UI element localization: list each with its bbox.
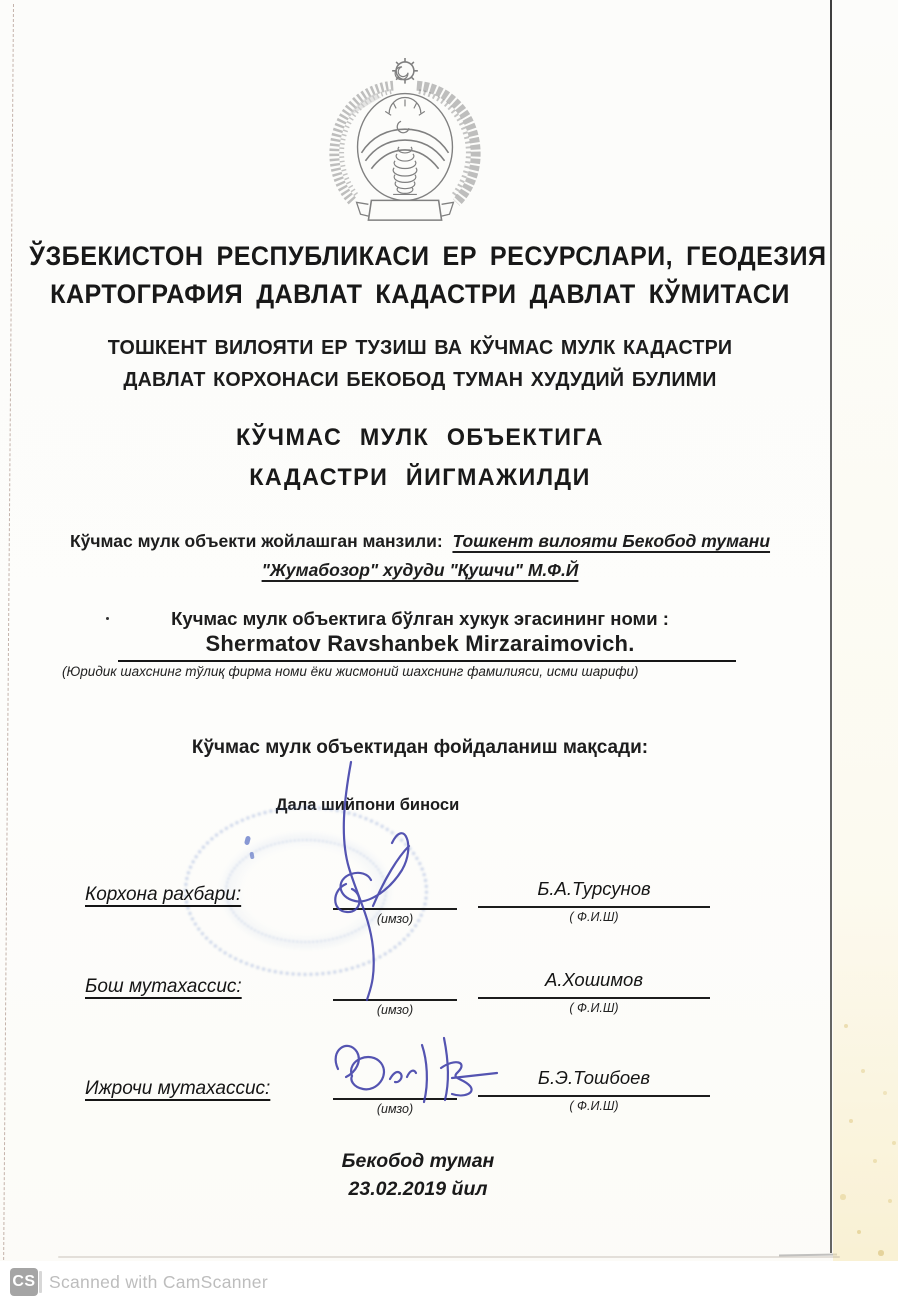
owner-label: Кучмас мулк объектига бўлган хукук эгаси… — [0, 608, 840, 630]
signature-caption: (имзо) — [333, 1003, 457, 1017]
scan-edge-tint — [833, 0, 898, 1303]
address-value-line2: "Жумабозор" худуди "Қушчи" М.Ф.Й — [262, 560, 579, 580]
signature-line — [333, 975, 457, 1001]
signature-caption: (имзо) — [333, 912, 457, 926]
signature-role-chief-specialist: Бош мутахассис: — [85, 976, 242, 998]
footer-date: 23.02.2019 йил — [0, 1178, 836, 1201]
purpose-label: Кўчмас мулк объектидан фойдаланиш мақсад… — [0, 737, 840, 759]
scan-streak — [58, 1256, 840, 1258]
signature-line — [333, 884, 457, 910]
department-line2: ДАВЛАТ КОРХОНАСИ БЕКОБОД ТУМАН ХУДУДИЙ Б… — [17, 368, 823, 392]
owner-name: Shermatov Ravshanbek Mirzaraimovich. — [0, 631, 840, 657]
org-name-line2: КАРТОГРАФИЯ ДАВЛАТ КАДАСТРИ ДАВЛАТ КЎМИТ… — [29, 279, 810, 310]
scanned-document-page: ЎЗБЕКИСТОН РЕСПУБЛИКАСИ ЕР РЕСУРСЛАРИ, Г… — [0, 0, 898, 1303]
purpose-value: Дала шийпони биноси — [0, 796, 735, 815]
emblem-lines — [334, 58, 475, 220]
camscanner-text: Scanned with CamScanner — [49, 1272, 268, 1293]
uzbekistan-state-emblem-icon — [316, 54, 494, 232]
address-value-line2-row: "Жумабозор" худуди "Қушчи" М.Ф.Й — [0, 560, 840, 581]
signature-line — [333, 1074, 457, 1100]
doc-title-line2: КАДАСТРИ ЙИГМАЖИЛДИ — [13, 464, 828, 492]
owner-name-underline — [118, 660, 736, 662]
signature-name-caption: ( Ф.И.Ш) — [478, 1099, 710, 1113]
signature-name-caption: ( Ф.И.Ш) — [478, 1001, 710, 1015]
org-name-line1: ЎЗБЕКИСТОН РЕСПУБЛИКАСИ ЕР РЕСУРСЛАРИ, Г… — [29, 241, 810, 272]
owner-note: (Юридик шахснинг тўлиқ фирма номи ёки жи… — [62, 664, 639, 679]
address-value-line1: Тошкент вилояти Бекобод тумани — [452, 531, 770, 551]
scan-speckles — [0, 0, 2, 2]
signature-role-executor-specialist: Ижрочи мутахассис: — [85, 1078, 270, 1100]
signature-name-caption: ( Ф.И.Ш) — [478, 910, 710, 924]
doc-title-line1: КЎЧМАС МУЛК ОБЪЕКТИГА — [13, 424, 828, 452]
signature-name: Б.Э.Тошбоев — [478, 1067, 710, 1097]
camscanner-footer: CS Scanned with CamScanner — [0, 1261, 898, 1303]
address-label: Кўчмас мулк объекти жойлашган манзили: — [70, 531, 443, 551]
camscanner-icon: CS — [10, 1268, 38, 1296]
address-line: Кўчмас мулк объекти жойлашган манзили: Т… — [0, 531, 840, 552]
signature-caption: (имзо) — [333, 1102, 457, 1116]
signature-name: А.Хошимов — [478, 969, 710, 999]
footer-place: Бекобод туман — [0, 1150, 836, 1173]
department-line1: ТОШКЕНТ ВИЛОЯТИ ЕР ТУЗИШ ВА КЎЧМАС МУЛК … — [17, 336, 823, 360]
signature-role-director: Корхона рахбари: — [85, 884, 241, 906]
signature-name: Б.А.Турсунов — [478, 878, 710, 908]
